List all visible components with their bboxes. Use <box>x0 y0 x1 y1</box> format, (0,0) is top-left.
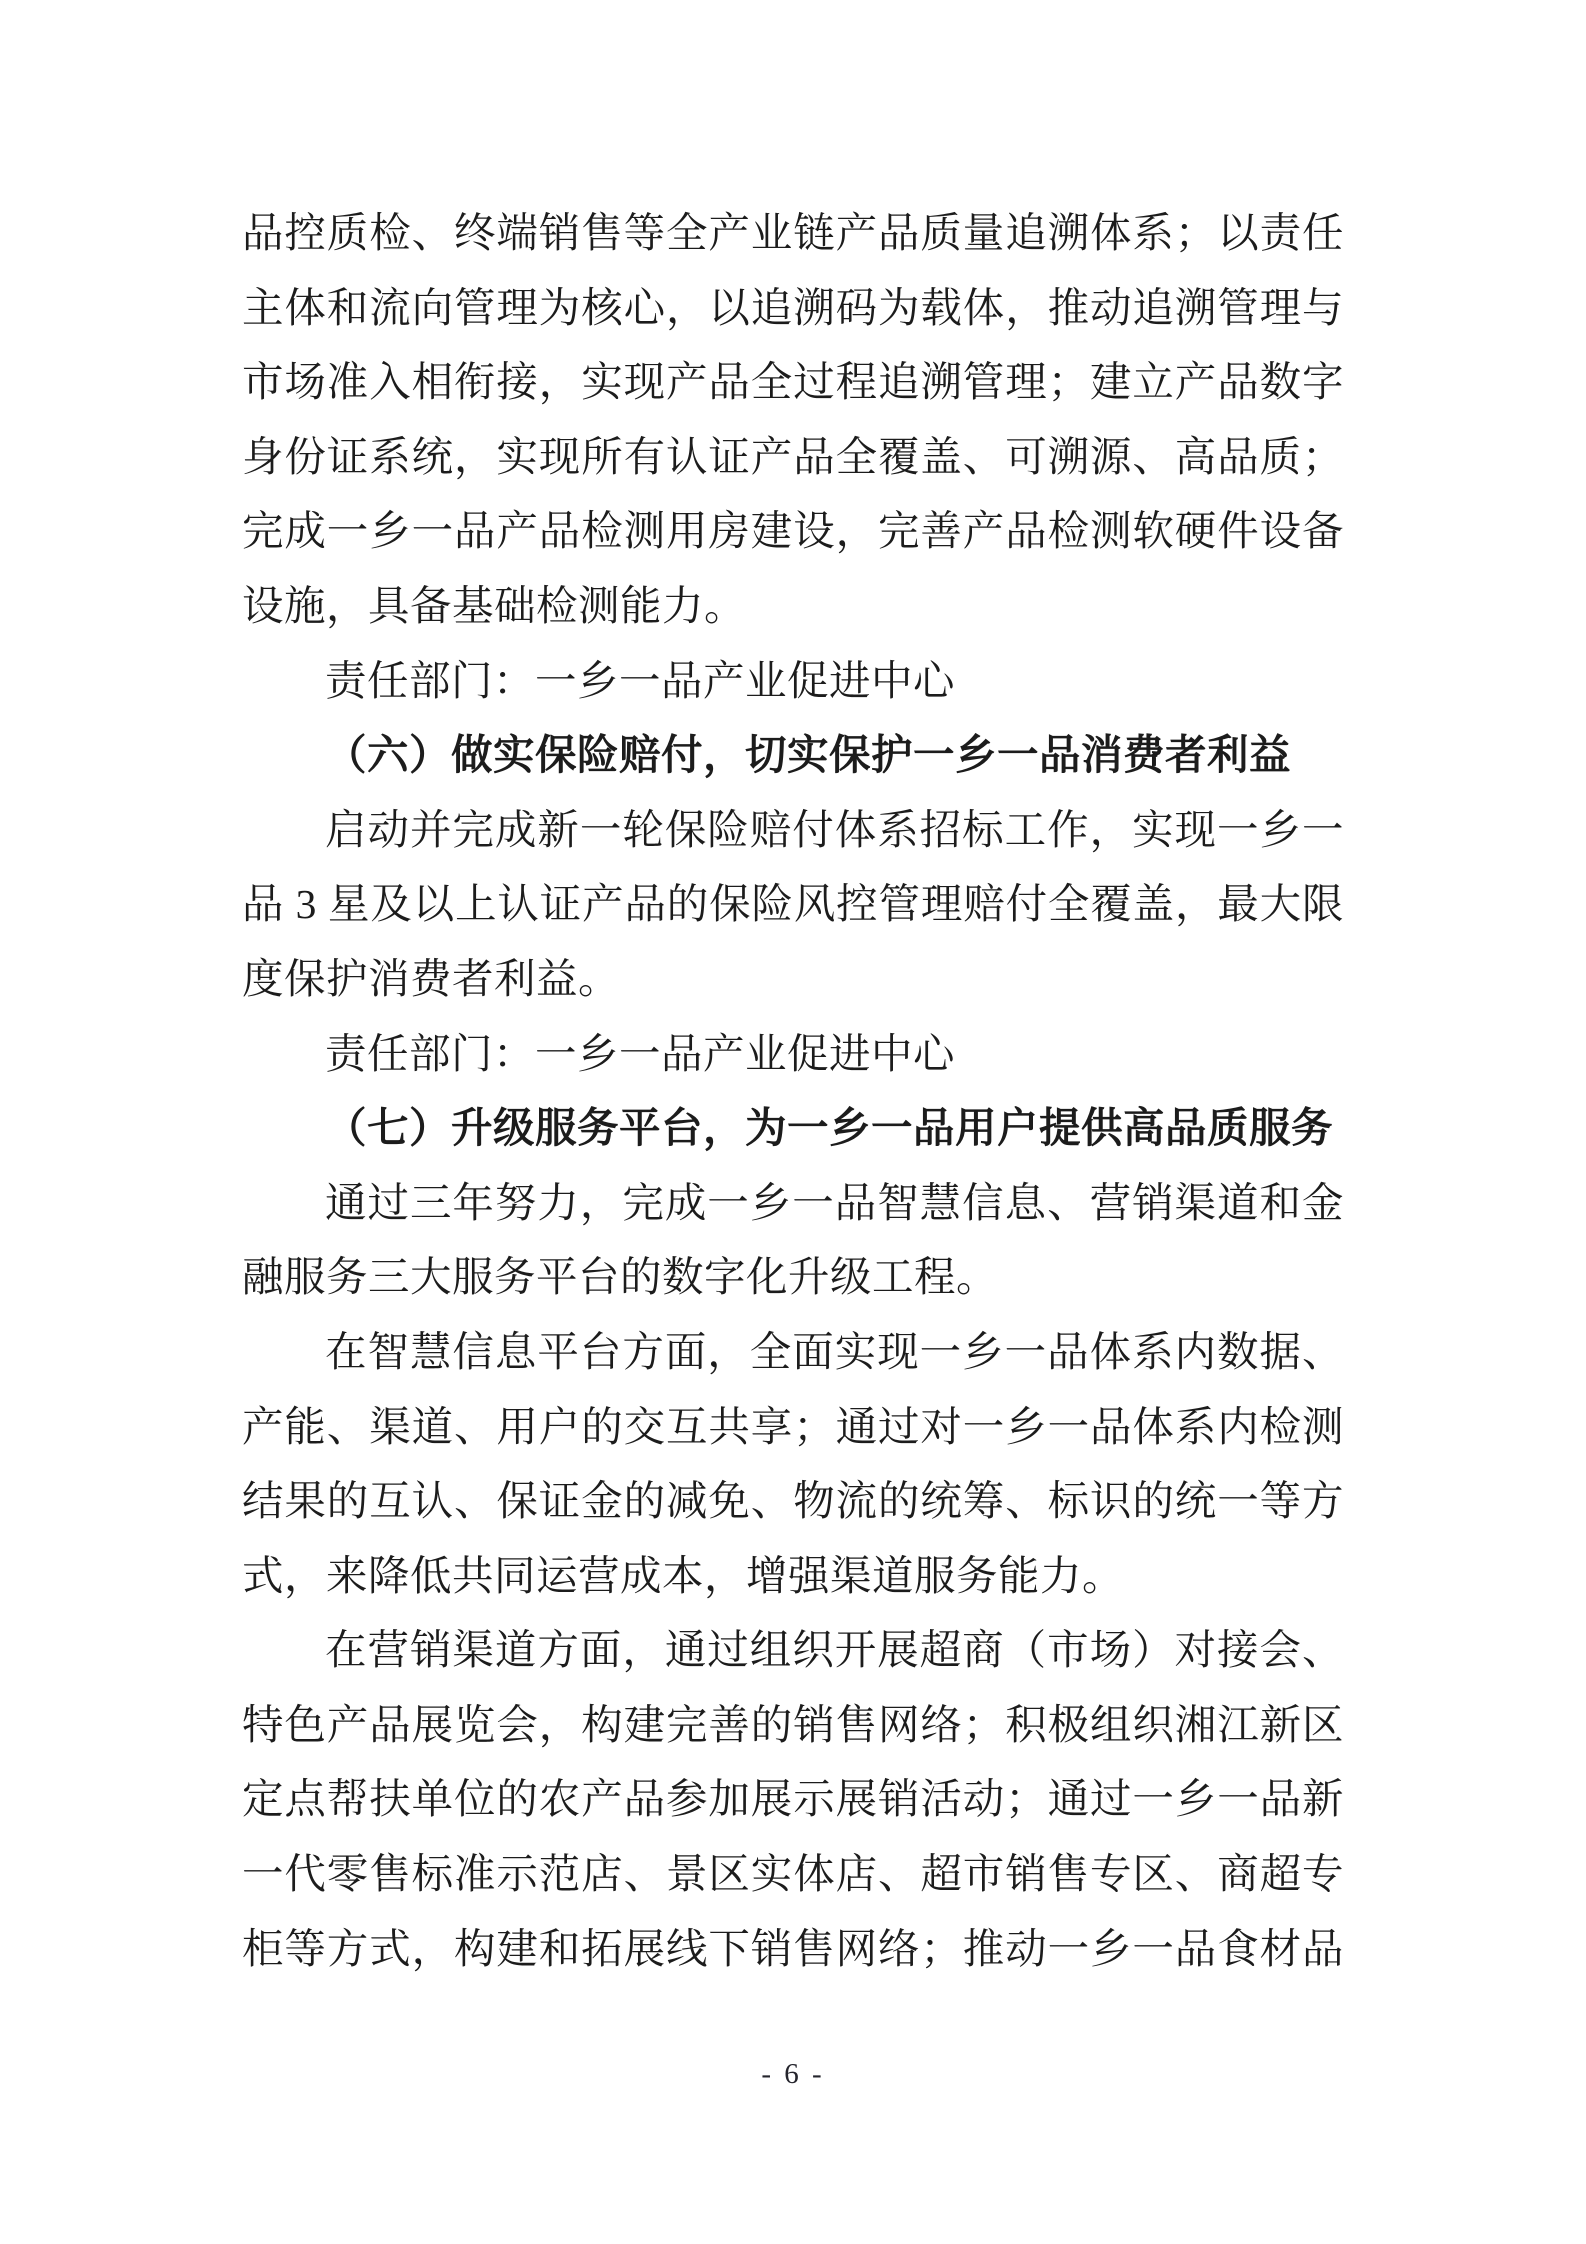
body-text-line: 主体和流向管理为核心，以追溯码为载体，推动追溯管理与 <box>242 271 1344 346</box>
body-text-line: 身份证系统，实现所有认证产品全覆盖、可溯源、高品质； <box>242 420 1344 495</box>
body-text-line: 责任部门：一乡一品产业促进中心 <box>242 1017 1344 1092</box>
body-text-line: 在营销渠道方面，通过组织开展超商（市场）对接会、 <box>242 1613 1344 1688</box>
body-text-line: 柜等方式，构建和拓展线下销售网络；推动一乡一品食材品 <box>242 1912 1344 1987</box>
body-text-line: 设施，具备基础检测能力。 <box>242 569 1344 644</box>
body-text-line: 品 3 星及以上认证产品的保险风控管理赔付全覆盖，最大限 <box>242 867 1344 942</box>
body-text-line: 在智慧信息平台方面，全面实现一乡一品体系内数据、 <box>242 1315 1344 1390</box>
body-text-line: 品控质检、终端销售等全产业链产品质量追溯体系；以责任 <box>242 196 1344 271</box>
section-heading-line: （六）做实保险赔付，切实保护一乡一品消费者利益 <box>242 718 1344 793</box>
body-text-line: 市场准入相衔接，实现产品全过程追溯管理；建立产品数字 <box>242 345 1344 420</box>
document-body: 品控质检、终端销售等全产业链产品质量追溯体系；以责任主体和流向管理为核心，以追溯… <box>242 196 1344 1986</box>
body-text-line: 启动并完成新一轮保险赔付体系招标工作，实现一乡一 <box>242 793 1344 868</box>
document-page: 品控质检、终端销售等全产业链产品质量追溯体系；以责任主体和流向管理为核心，以追溯… <box>0 0 1586 2244</box>
body-text-line: 式，来降低共同运营成本，增强渠道服务能力。 <box>242 1539 1344 1614</box>
body-text-line: 通过三年努力，完成一乡一品智慧信息、营销渠道和金 <box>242 1166 1344 1241</box>
body-text-line: 一代零售标准示范店、景区实体店、超市销售专区、商超专 <box>242 1837 1344 1912</box>
body-text-line: 定点帮扶单位的农产品参加展示展销活动；通过一乡一品新 <box>242 1762 1344 1837</box>
body-text-line: 结果的互认、保证金的减免、物流的统筹、标识的统一等方 <box>242 1464 1344 1539</box>
body-text-line: 融服务三大服务平台的数字化升级工程。 <box>242 1240 1344 1315</box>
body-text-line: 产能、渠道、用户的交互共享；通过对一乡一品体系内检测 <box>242 1390 1344 1465</box>
page-number: - 6 - <box>0 2058 1586 2091</box>
body-text-line: 度保护消费者利益。 <box>242 942 1344 1017</box>
body-text-line: 完成一乡一品产品检测用房建设，完善产品检测软硬件设备 <box>242 494 1344 569</box>
section-heading-line: （七）升级服务平台，为一乡一品用户提供高品质服务 <box>242 1091 1344 1166</box>
body-text-line: 特色产品展览会，构建完善的销售网络；积极组织湘江新区 <box>242 1688 1344 1763</box>
body-text-line: 责任部门：一乡一品产业促进中心 <box>242 644 1344 719</box>
